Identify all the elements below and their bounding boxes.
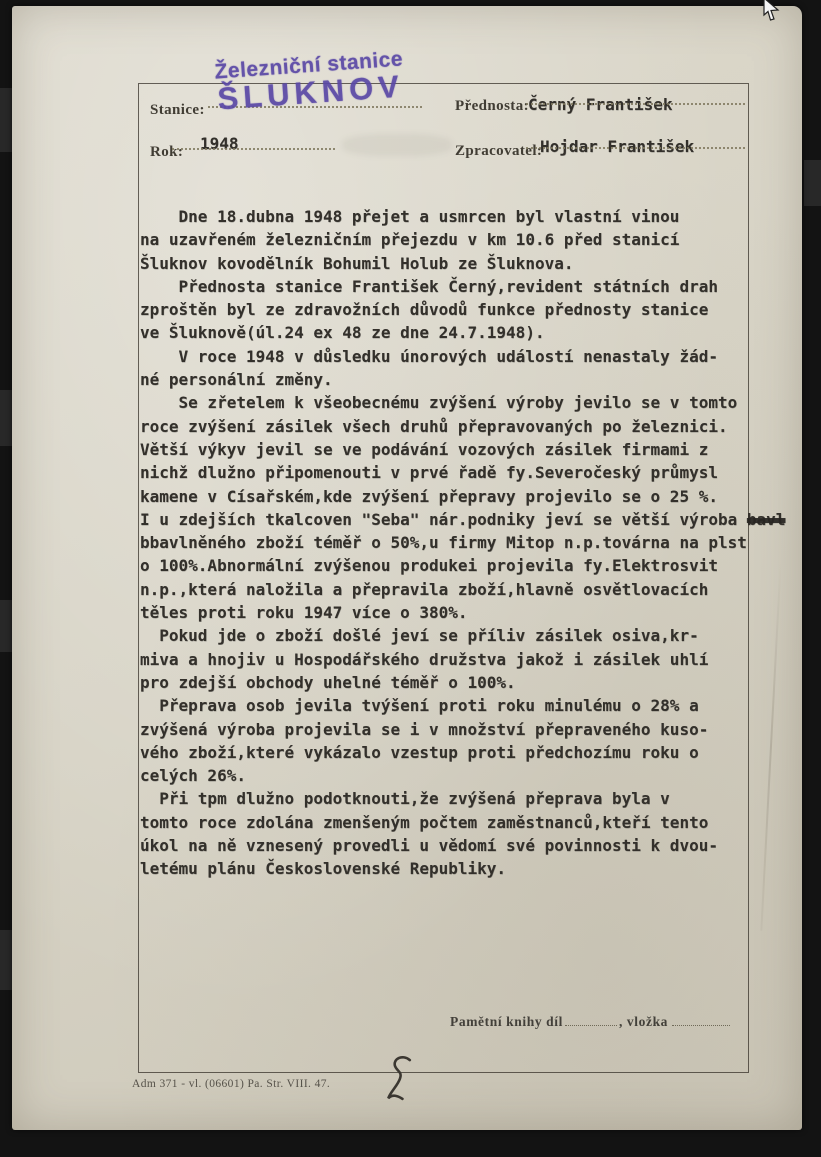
typed-line: V roce 1948 v důsledku únorových událost… (140, 345, 780, 368)
memorial-middle: , vložka (619, 1014, 668, 1029)
typed-line: Přeprava osob jevila tvýšení proti roku … (140, 694, 780, 717)
typed-line: roce zvýšení zásilek všech druhů přeprav… (140, 415, 780, 438)
memorial-prefix: Pamětní knihy díl (450, 1014, 563, 1029)
typed-line: kamene v Císařském,kde zvýšení přepravy … (140, 485, 780, 508)
zpracovatel-dotted-line (526, 147, 745, 149)
stanice-label: Stanice: (150, 102, 205, 119)
typed-line: Se zřetelem k všeobecnému zvýšení výroby… (140, 391, 780, 414)
mouse-cursor-icon (760, 0, 782, 27)
typed-line: I u zdejších tkalcoven "Seba" nár.podnik… (140, 508, 780, 531)
form-print-code: Adm 371 - vl. (06601) Pa. Str. VIII. 47. (132, 1078, 330, 1090)
struck-out-text: bavl (747, 510, 786, 529)
zpracovatel-label: Zpracovatel: (455, 143, 542, 160)
ink-smudge (342, 134, 452, 156)
typed-line: Šluknov kovodělník Bohumil Holub ze Šluk… (140, 252, 780, 275)
typed-line: Větší výkyv jevil se ve podávání vozovýc… (140, 438, 780, 461)
typed-line: bbavlněného zboží téměř o 50%,u firmy Mi… (140, 531, 780, 554)
typed-line: vého zboží,které vykázalo vzestup proti … (140, 741, 780, 764)
scanned-document-view: { "stamp": { "line1": "Železniční stanic… (0, 0, 821, 1157)
typed-line: ve Šluknově(úl.24 ex 48 ze dne 24.7.1948… (140, 321, 780, 344)
typed-line: n.p.,která naložila a přepravila zboží,h… (140, 578, 780, 601)
rok-label: Rok: (150, 144, 183, 161)
typed-line: miva a hnojiv u Hospodářského družstva j… (140, 648, 780, 671)
typed-line: zproštěn byl ze zdravožních důvodů funkc… (140, 298, 780, 321)
typed-line: né personální změny. (140, 368, 780, 391)
typed-line: Dne 18.dubna 1948 přejet a usmrcen byl v… (140, 205, 780, 228)
rok-value: 1948 (200, 134, 239, 153)
vlozka-dotted-blank (672, 1015, 730, 1026)
typed-line: nichž dlužno připomenouti v prvé řadě fy… (140, 461, 780, 484)
memorial-dotted-blank (565, 1015, 617, 1026)
typed-line: těles proti roku 1947 více o 380%. (140, 601, 780, 624)
handwritten-2-glyph (384, 1056, 416, 1106)
typed-line: Při tpm dlužno podotknouti,že zvýšená př… (140, 787, 780, 810)
typed-line: Přednosta stanice František Černý,revide… (140, 275, 780, 298)
prednosta-dotted-line (526, 103, 745, 105)
typed-line: zvýšená výroba projevila se i v množství… (140, 718, 780, 741)
typed-line: pro zdejší obchody uhelné téměř o 100%. (140, 671, 780, 694)
handwritten-page-number (384, 1056, 416, 1111)
prednosta-label: Přednosta: (455, 98, 529, 115)
typed-line: na uzavřeném železničním přejezdu v km 1… (140, 228, 780, 251)
memorial-book-line: Pamětní knihy díl, vložka (450, 1014, 730, 1030)
rok-dotted-line (172, 148, 335, 150)
typed-line: tomto roce zdolána zmenšeným počtem zamě… (140, 811, 780, 834)
typed-line: úkol na ně vznesený provedli u vědomí sv… (140, 834, 780, 857)
typed-line: o 100%.Abnormální zvýšenou produkei proj… (140, 554, 780, 577)
scanned-page: Stanice: Železniční stanice ŠLUKNOV Před… (12, 6, 802, 1130)
scanner-bed-patch (804, 160, 821, 206)
typed-line: celých 26%. (140, 764, 780, 787)
typed-body: Dne 18.dubna 1948 přejet a usmrcen byl v… (140, 205, 780, 881)
typed-line: letému plánu Československé Republiky. (140, 857, 780, 880)
typed-line: Pokud jde o zboží došlé jeví se příliv z… (140, 624, 780, 647)
